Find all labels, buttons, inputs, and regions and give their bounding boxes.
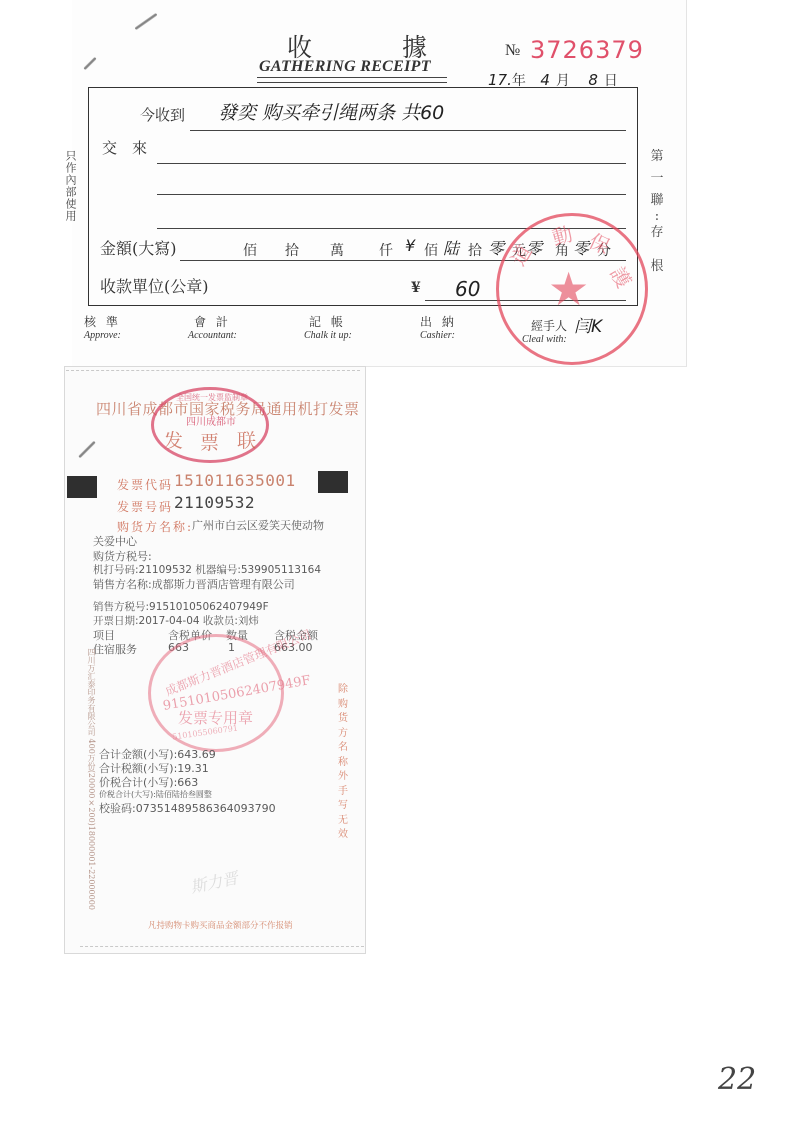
handler-label-en: Cleal with: bbox=[522, 334, 567, 345]
seller-tax-line: 销售方税号:91510105062407949F bbox=[93, 599, 269, 614]
invoice-code-label: 发票代码 bbox=[117, 476, 173, 493]
receipt-number: 3726379 bbox=[530, 36, 644, 64]
total-incl-tax: 价税合计(小写):663 bbox=[99, 774, 198, 790]
seal-star-icon: ★ bbox=[548, 262, 589, 316]
received-value: 發奕 购买牵引绳两条 共60 bbox=[218, 98, 444, 125]
received-label: 今收到 bbox=[140, 104, 185, 125]
page-number: 22 bbox=[718, 1062, 756, 1097]
handler-signature: 闫K bbox=[574, 312, 602, 337]
accountant-label: 會 計 bbox=[194, 313, 231, 330]
machine-line: 机打号码:21109532 机器编号:539905113164 bbox=[93, 562, 321, 577]
check-code: 校验码:07351489586364093790 bbox=[99, 800, 276, 816]
chalk-label: 記 帳 bbox=[309, 313, 346, 330]
seal-fa: 发 bbox=[164, 426, 183, 453]
form-line bbox=[190, 130, 626, 131]
internal-use-label: 只作內部使用 bbox=[62, 150, 78, 222]
seal-lian: 联 bbox=[237, 426, 256, 453]
black-mark bbox=[318, 471, 348, 493]
unit-shi: 拾 bbox=[285, 240, 299, 260]
total-words: 价税合计(大写):陆佰陆拾叁圆整 bbox=[99, 789, 212, 800]
hand-prefix: ¥ bbox=[405, 236, 415, 255]
copy-label: 第 一 聯 : 存 根 bbox=[648, 146, 666, 278]
receipt-number-label: № bbox=[505, 42, 520, 60]
approve-label-en: Approve: bbox=[84, 330, 121, 341]
unit-bai: 佰 bbox=[243, 240, 257, 260]
unit-wan: 萬 bbox=[330, 240, 344, 260]
seal-piao: 票 bbox=[200, 428, 219, 455]
seal-middle-text: 四川成都市 bbox=[186, 413, 236, 428]
seal-top-text: 全国统一发票监制章 bbox=[176, 392, 248, 403]
perforation bbox=[80, 946, 364, 947]
footer-notice: 凡持购物卡购买商品金额部分不作报销 bbox=[148, 919, 293, 931]
form-line bbox=[157, 194, 626, 195]
seller-line: 销售方名称:成都斯力晋酒店管理有限公司 bbox=[93, 576, 295, 592]
printer-note: 四川万汇泰印务有限公司 400万份(20000×200)18000001-220… bbox=[86, 648, 96, 910]
buyer-name-cont: 关爱中心 bbox=[93, 533, 137, 549]
hand-bai: 陆 bbox=[443, 236, 459, 259]
amount-value: 60 bbox=[455, 277, 480, 301]
unit-qian: 仟 bbox=[379, 240, 393, 260]
cashier-label: 出 納 bbox=[420, 313, 457, 330]
seller-seal-type: 发票专用章 bbox=[178, 707, 253, 728]
invoice-number: 21109532 bbox=[174, 493, 255, 512]
row-item: 住宿服务 bbox=[93, 641, 137, 657]
receipt-title-en: GATHERING RECEIPT bbox=[259, 58, 431, 76]
form-line bbox=[157, 163, 626, 164]
black-mark bbox=[67, 476, 97, 498]
yen-symbol: ¥ bbox=[411, 280, 421, 296]
vertical-notice: 除 购 货 方 名 称 外 手 写 无 效 bbox=[336, 683, 350, 843]
buyer-name: 广州市白云区爱笑天使动物 bbox=[192, 517, 324, 533]
cashier-label-en: Cashier: bbox=[420, 330, 455, 341]
from-label: 交 來 bbox=[102, 137, 147, 158]
approve-label: 核 準 bbox=[84, 313, 121, 330]
invoice-number-label: 发票号码 bbox=[117, 498, 173, 515]
unit-shi-2: 拾 bbox=[468, 240, 482, 260]
perforation bbox=[66, 370, 360, 371]
invoice-code: 151011635001 bbox=[174, 471, 296, 490]
unit-bai-2: 佰 bbox=[424, 240, 438, 260]
payee-label: 收款單位(公章) bbox=[100, 274, 209, 297]
chalk-label-en: Chalk it up: bbox=[304, 330, 352, 341]
issue-line: 开票日期:2017-04-04 收款员:刘炜 bbox=[93, 613, 259, 628]
accountant-label-en: Accountant: bbox=[188, 330, 237, 341]
handler-label: 經手人 bbox=[531, 317, 567, 334]
title-underline bbox=[257, 77, 447, 83]
amount-words-label: 金額(大寫) bbox=[100, 236, 177, 259]
